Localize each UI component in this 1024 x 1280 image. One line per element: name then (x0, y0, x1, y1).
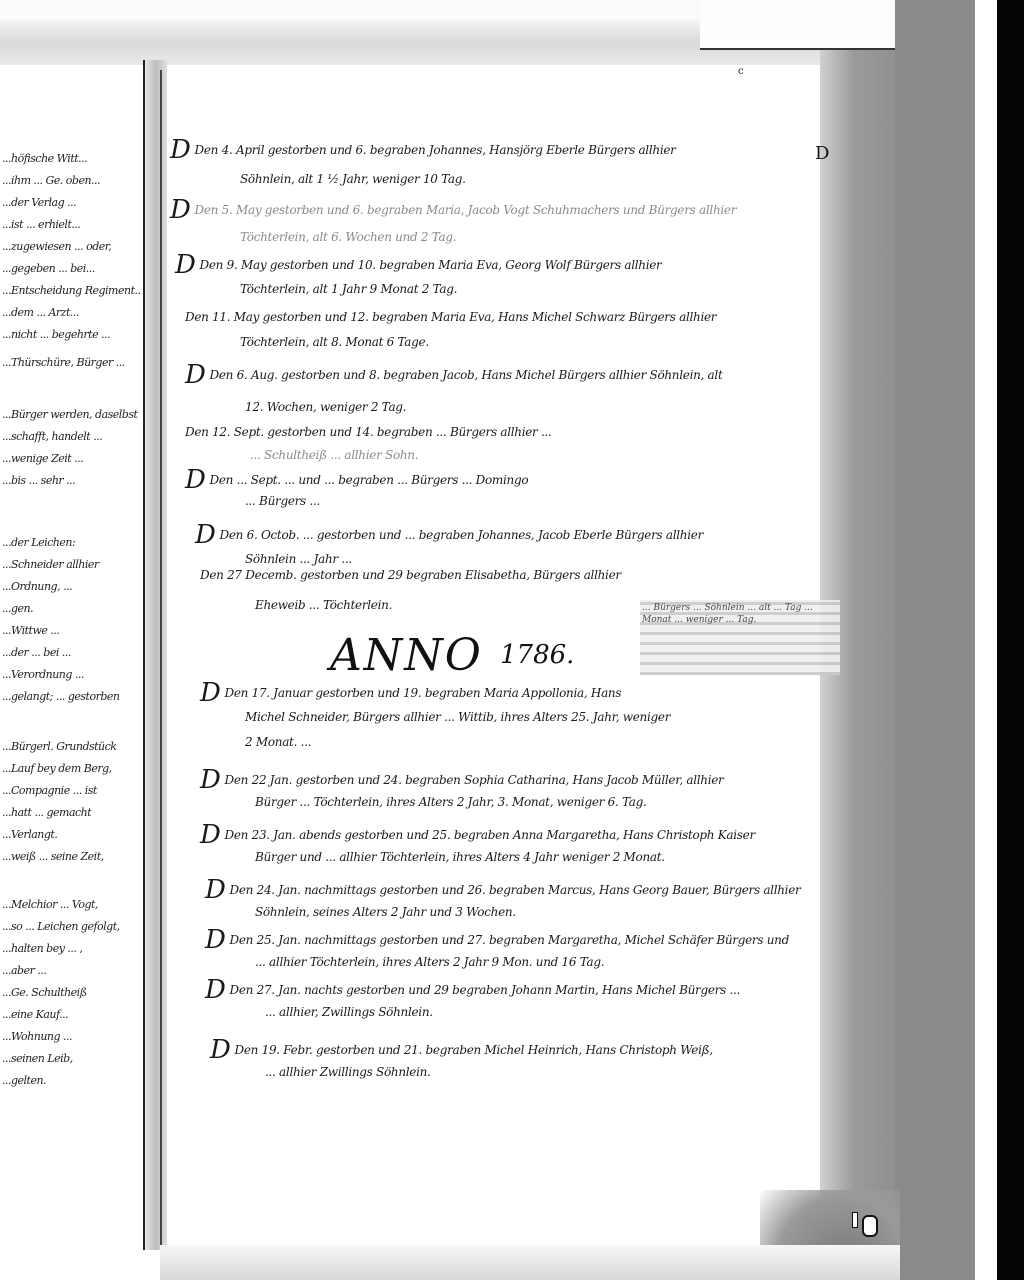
left-line: ...schafft, handelt ... (2, 426, 142, 448)
entry-line: ... Bürgers ... (245, 494, 320, 508)
left-line: ...wenige Zeit ... (2, 448, 142, 470)
entry-line: Den 9. May gestorben und 10. begraben Ma… (200, 258, 662, 272)
entry-line: Den 27 Decemb. gestorben und 29 begraben… (200, 568, 621, 582)
register-entry: DDen 24. Jan. nachmittags gestorben und … (205, 875, 800, 905)
left-line: ...Lauf bey dem Berg, (2, 758, 142, 780)
entry-line: ... Schultheiß ... allhier Sohn. (250, 448, 418, 462)
left-line: ...gegeben ... bei... (2, 258, 142, 280)
entry-line: ... allhier Töchterlein, ihres Alters 2 … (255, 955, 604, 969)
register-entry: DDen 6. Octob. ... gestorben und ... beg… (195, 520, 703, 550)
left-line (2, 868, 142, 894)
year-heading-anno: ANNO (330, 630, 483, 681)
entry-line: Söhnlein, alt 1 ½ Jahr, weniger 10 Tag. (240, 172, 466, 186)
entry-line: Den 6. Aug. gestorben und 8. begraben Ja… (210, 368, 723, 382)
left-line: ...zugewiesen ... oder, (2, 236, 142, 258)
entry-line: Töchterlein, alt 1 Jahr 9 Monat 2 Tag. (240, 282, 457, 296)
left-line: ...Melchior ... Vogt, (2, 894, 142, 916)
bottom-margin (160, 1245, 900, 1280)
left-line: ...Verlangt. (2, 824, 142, 846)
register-entry: DDen 17. Januar gestorben und 19. begrab… (200, 678, 621, 708)
register-entry: DDen 9. May gestorben und 10. begraben M… (175, 250, 662, 280)
film-edge-gray (895, 0, 975, 1280)
entry-line: ... allhier Zwillings Söhnlein. (265, 1065, 431, 1079)
register-entry: DDen 5. May gestorben und 6. begraben Ma… (170, 195, 736, 225)
register-entry: DDen 19. Febr. gestorben und 21. begrabe… (210, 1035, 713, 1065)
left-page-text: ...höfische Witt... ...ihm ... Ge. oben.… (2, 148, 142, 1092)
register-entry: DDen 22 Jan. gestorben und 24. begraben … (200, 765, 724, 795)
left-line: ...Entscheidung Regiment... (2, 280, 142, 302)
entry-line: Töchterlein, alt 6. Wochen und 2 Tag. (240, 230, 456, 244)
left-line: ...der Verlag ... (2, 192, 142, 214)
entry-line: Söhnlein, seines Alters 2 Jahr und 3 Woc… (255, 905, 516, 919)
left-line: ...nicht ... begehrte ... (2, 324, 142, 346)
film-edge-black (997, 0, 1024, 1280)
left-line: ...seinen Leib, (2, 1048, 142, 1070)
entry-line: Den 24. Jan. nachmittags gestorben und 2… (230, 883, 801, 897)
entry-line: Michel Schneider, Bürgers allhier ... Wi… (245, 710, 670, 724)
left-line: ...eine Kauf... (2, 1004, 142, 1026)
entry-line: Bürger ... Töchterlein, ihres Alters 2 J… (255, 795, 647, 809)
left-line: ...hatt ... gemacht (2, 802, 142, 824)
film-mark-icon (852, 1212, 858, 1228)
entry-line: Den 23. Jan. abends gestorben und 25. be… (225, 828, 755, 842)
left-line: ...Wittwe ... (2, 620, 142, 642)
entry-line: 2 Monat. ... (245, 735, 311, 749)
entry-line: Bürger und ... allhier Töchterlein, ihre… (255, 850, 665, 864)
gutter-line (160, 70, 162, 1250)
left-line: ...Ge. Schultheiß (2, 982, 142, 1004)
film-edge-white (975, 0, 997, 1280)
entry-line: Den 4. April gestorben und 6. begraben J… (195, 143, 676, 157)
year-heading-year: 1786. (500, 640, 574, 670)
left-line: ...der Leichen: (2, 532, 142, 554)
left-line: ...aber ... (2, 960, 142, 982)
left-line: ...gelten. (2, 1070, 142, 1092)
left-line: ...Bürgerl. Grundstück (2, 736, 142, 758)
left-line: ...so ... Leichen gefolgt, (2, 916, 142, 938)
register-entry: DDen 6. Aug. gestorben und 8. begraben J… (185, 360, 722, 390)
overlay-note: ... Bürgers ... Söhnlein ... alt ... Tag… (640, 600, 840, 675)
entry-line: Den 6. Octob. ... gestorben und ... begr… (220, 528, 703, 542)
left-line: ...der ... bei ... (2, 642, 142, 664)
left-line: ...höfische Witt... (2, 148, 142, 170)
corner-mark-d: D (815, 143, 829, 164)
entry-line: 12. Wochen, weniger 2 Tag. (245, 400, 406, 414)
register-entry: DDen 27. Jan. nachts gestorben und 29 be… (205, 975, 740, 1005)
entry-line: Den 11. May gestorben und 12. begraben M… (185, 310, 716, 324)
left-line: ...Schneider allhier (2, 554, 142, 576)
left-line: ...ihm ... Ge. oben... (2, 170, 142, 192)
entry-line: Den 5. May gestorben und 6. begraben Mar… (195, 203, 737, 217)
entry-line: Den 27. Jan. nachts gestorben und 29 beg… (230, 983, 740, 997)
left-line (2, 708, 142, 736)
register-entry: DDen 25. Jan. nachmittags gestorben und … (205, 925, 789, 955)
left-line: ...Compagnie ... ist (2, 780, 142, 802)
left-line: ...Verordnung ... (2, 664, 142, 686)
left-line: ...halten bey ... , (2, 938, 142, 960)
corner-mark-c: c (738, 66, 744, 77)
page-corner (700, 0, 902, 50)
entry-line: Den ... Sept. ... und ... begraben ... B… (210, 473, 529, 487)
register-entry: DDen 23. Jan. abends gestorben und 25. b… (200, 820, 755, 850)
entry-line: ... allhier, Zwillings Söhnlein. (265, 1005, 433, 1019)
register-entry: DDen 4. April gestorben und 6. begraben … (170, 135, 676, 165)
left-line (2, 374, 142, 404)
register-entry: DDen ... Sept. ... und ... begraben ... … (185, 465, 528, 495)
left-line: ...gen. (2, 598, 142, 620)
left-line: ...Ordnung, ... (2, 576, 142, 598)
left-line: ...bis ... sehr ... (2, 470, 142, 492)
entry-line: Den 25. Jan. nachmittags gestorben und 2… (230, 933, 789, 947)
register-entry: Den 12. Sept. gestorben und 14. begraben… (185, 425, 552, 439)
entry-line: Den 19. Febr. gestorben und 21. begraben… (235, 1043, 713, 1057)
entry-line: Den 12. Sept. gestorben und 14. begraben… (185, 425, 552, 439)
left-line: ...Wohnung ... (2, 1026, 142, 1048)
left-line: ...gelangt; ... gestorben (2, 686, 142, 708)
left-line: ...dem ... Arzt... (2, 302, 142, 324)
entry-line: Den 17. Januar gestorben und 19. begrabe… (225, 686, 622, 700)
left-line: ...ist ... erhielt... (2, 214, 142, 236)
left-line: ...Thürschüre, Bürger ... (2, 352, 142, 374)
entry-line: Töchterlein, alt 8. Monat 6 Tage. (240, 335, 429, 349)
entry-line: Söhnlein ... Jahr ... (245, 552, 352, 566)
entry-line: Den 22 Jan. gestorben und 24. begraben S… (225, 773, 724, 787)
entry-line: Eheweib ... Töchterlein. (255, 598, 392, 612)
left-line (2, 492, 142, 532)
book-gutter (143, 60, 167, 1250)
register-entry: Den 27 Decemb. gestorben und 29 begraben… (200, 568, 621, 582)
register-entry: Den 11. May gestorben und 12. begraben M… (185, 310, 716, 324)
film-mark-icon (862, 1215, 878, 1237)
left-line: ...Bürger werden, daselbst (2, 404, 142, 426)
left-line: ...weiß ... seine Zeit, (2, 846, 142, 868)
